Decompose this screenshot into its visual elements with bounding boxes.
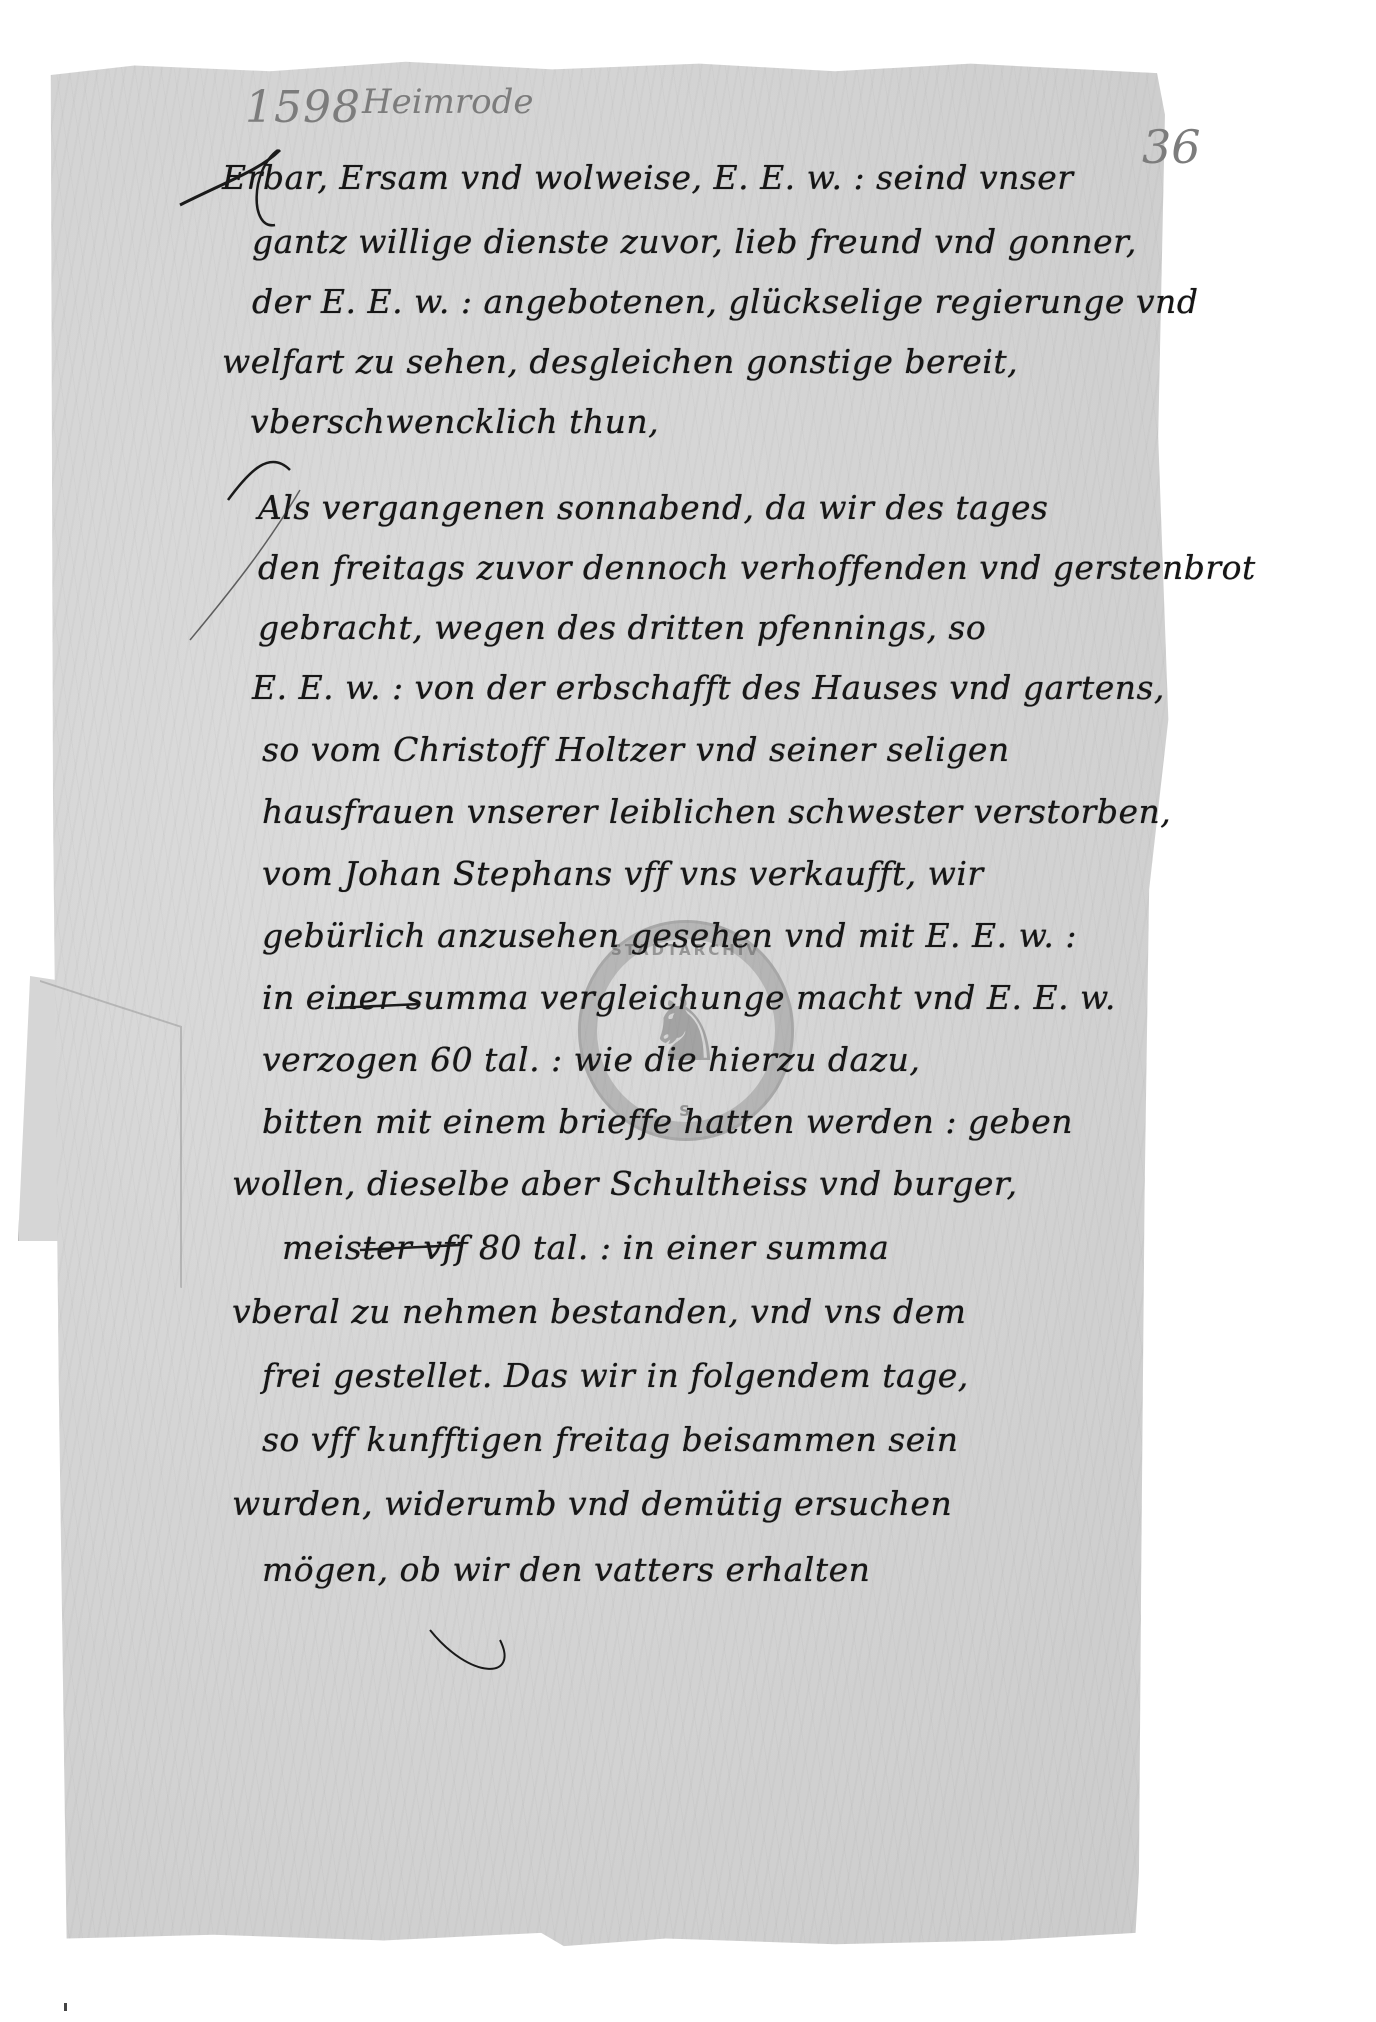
letter-line: mögen, ob wir den vatters erhalten xyxy=(262,1550,870,1589)
letter-line: gantz willige dienste zuvor, lieb freund… xyxy=(252,222,1137,261)
letter-line: frei gestellet. Das wir in folgendem tag… xyxy=(262,1356,969,1395)
letter-line: wollen, dieselbe aber Schultheiss vnd bu… xyxy=(232,1164,1018,1203)
letter-line: Erbar, Ersam vnd wolweise, E. E. w. : se… xyxy=(222,158,1074,197)
letter-line: hausfrauen vnserer leiblichen schwester … xyxy=(262,792,1171,831)
letter-line: wurden, widerumb vnd demütig ersuchen xyxy=(232,1484,952,1523)
letter-line: gebracht, wegen des dritten pfennings, s… xyxy=(258,608,986,647)
letter-line: Als vergangenen sonnabend, da wir des ta… xyxy=(258,488,1048,527)
letter-line: vberal zu nehmen bestanden, vnd vns dem xyxy=(232,1292,966,1331)
letter-line: so vff kunfftigen freitag beisammen sein xyxy=(262,1420,959,1459)
letter-line: vom Johan Stephans vff vns verkaufft, wi… xyxy=(262,854,984,893)
letter-line: vberschwencklich thun, xyxy=(250,402,659,441)
letter-line: verzogen 60 tal. : wie die hierzu dazu, xyxy=(262,1040,920,1079)
letter-line: meister vff 80 tal. : in einer summa xyxy=(282,1228,889,1267)
letter-line: gebürlich anzusehen gesehen vnd mit E. E… xyxy=(262,916,1077,955)
letter-line: welfart zu sehen, desgleichen gonstige b… xyxy=(222,342,1018,381)
letter-line: so vom Christoff Holtzer vnd seiner seli… xyxy=(262,730,1010,769)
letter-line: der E. E. w. : angebotenen, glückselige … xyxy=(252,282,1198,321)
scan-artifact xyxy=(64,2003,67,2011)
letter-line: E. E. w. : von der erbschafft des Hauses… xyxy=(252,668,1165,707)
letter-body: Erbar, Ersam vnd wolweise, E. E. w. : se… xyxy=(0,0,1376,2022)
letter-line: den freitags zuvor dennoch verhoffenden … xyxy=(258,548,1256,587)
letter-line: in einer summa vergleichunge macht vnd E… xyxy=(262,978,1116,1017)
letter-line: bitten mit einem brieffe hatten werden :… xyxy=(262,1102,1073,1141)
